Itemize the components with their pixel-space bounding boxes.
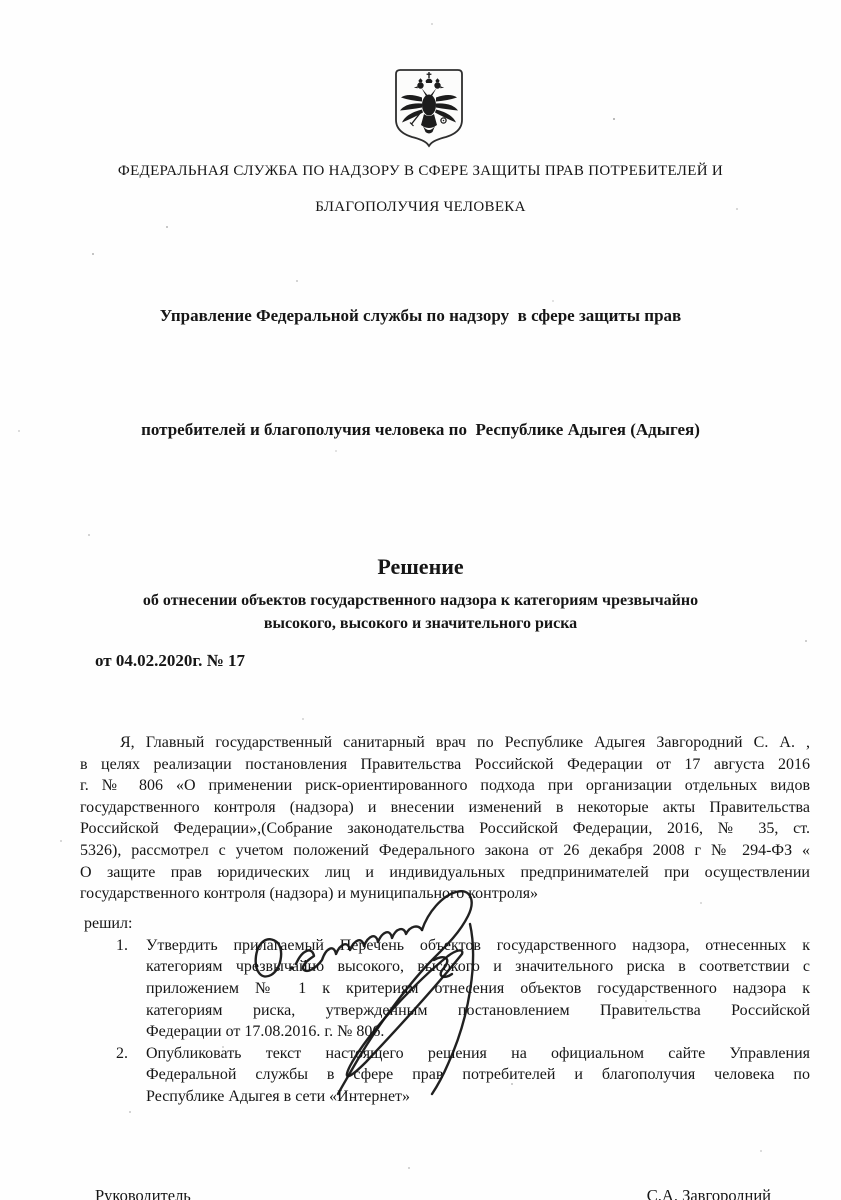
scanned-document-page: ФЕДЕРАЛЬНАЯ СЛУЖБА ПО НАДЗОРУ В СФЕРЕ ЗА… — [0, 0, 841, 1200]
decision-text: Опубликовать текст настоящего решения на… — [146, 1043, 810, 1108]
decision-item: 2. Опубликовать текст настоящего решения… — [80, 1043, 810, 1108]
double-headed-eagle-icon — [394, 68, 464, 148]
decision-line: категориям риска, утвержденным постановл… — [146, 1000, 810, 1022]
decision-line: Опубликовать текст настоящего решения на… — [146, 1043, 810, 1065]
decision-line: Республике Адыгея в сети «Интернет» — [146, 1086, 810, 1108]
decision-line: Утвердить прилагаемый Перечень объектов … — [146, 935, 810, 957]
decision-line: категориям чрезвычайно высокого, высоког… — [146, 956, 810, 978]
decision-item: 1. Утвердить прилагаемый Перечень объект… — [80, 935, 810, 1043]
decision-text: Утвердить прилагаемый Перечень объектов … — [146, 935, 810, 1043]
preamble-line: Российской Федерации»,(Собрание законода… — [80, 818, 810, 840]
resolution-word: решил: — [84, 913, 841, 935]
department-name-line2: потребителей и благополучия человека по … — [0, 411, 841, 449]
preamble-paragraph: Я, Главный государственный санитарный вр… — [80, 732, 810, 905]
decision-line: приложением № 1 к критериям отнесения об… — [146, 978, 810, 1000]
preamble-line: государственного контроля (надзора) и му… — [80, 883, 810, 905]
preamble-line: Я, Главный государственный санитарный вр… — [80, 732, 810, 754]
agency-name-line1: ФЕДЕРАЛЬНАЯ СЛУЖБА ПО НАДЗОРУ В СФЕРЕ ЗА… — [0, 162, 841, 180]
agency-name-line2: БЛАГОПОЛУЧИЯ ЧЕЛОВЕКА — [0, 198, 841, 216]
document-title: Решение — [0, 552, 841, 582]
preamble-line: 5326), рассмотрел с учетом положений Фед… — [80, 840, 810, 862]
signature-block: Руководитель С.А. Завгородний — [0, 1186, 841, 1200]
preamble-line: в целях реализации постановления Правите… — [80, 754, 810, 776]
scan-noise — [0, 0, 2, 2]
decision-line: Федерации от 17.08.2016. г. № 806. — [146, 1021, 810, 1043]
signer-position-label: Руководитель — [95, 1186, 191, 1200]
document-subtitle: об отнесении объектов государственного н… — [0, 589, 841, 635]
decision-number: 1. — [116, 935, 146, 957]
document-subtitle-line1: об отнесении объектов государственного н… — [0, 589, 841, 612]
preamble-line: г. № 806 «О применении риск-ориентирован… — [80, 775, 810, 797]
coat-of-arms-emblem — [394, 68, 464, 148]
preamble-line: государственного контроля (надзора) и вн… — [80, 797, 810, 819]
preamble-line: О защите прав юридических лиц и индивиду… — [80, 862, 810, 884]
signer-name: С.А. Завгородний — [647, 1186, 771, 1200]
department-name-line1: Управление Федеральной службы по надзору… — [0, 297, 841, 335]
department-name: Управление Федеральной службы по надзору… — [0, 221, 841, 525]
document-subtitle-line2: высокого, высокого и значительного риска — [0, 612, 841, 635]
decision-number: 2. — [116, 1043, 146, 1065]
decision-list: 1. Утвердить прилагаемый Перечень объект… — [80, 935, 810, 1108]
decision-line: Федеральной службы в сфере прав потребит… — [146, 1064, 810, 1086]
date-and-number: от 04.02.2020г. № 17 — [0, 650, 841, 672]
